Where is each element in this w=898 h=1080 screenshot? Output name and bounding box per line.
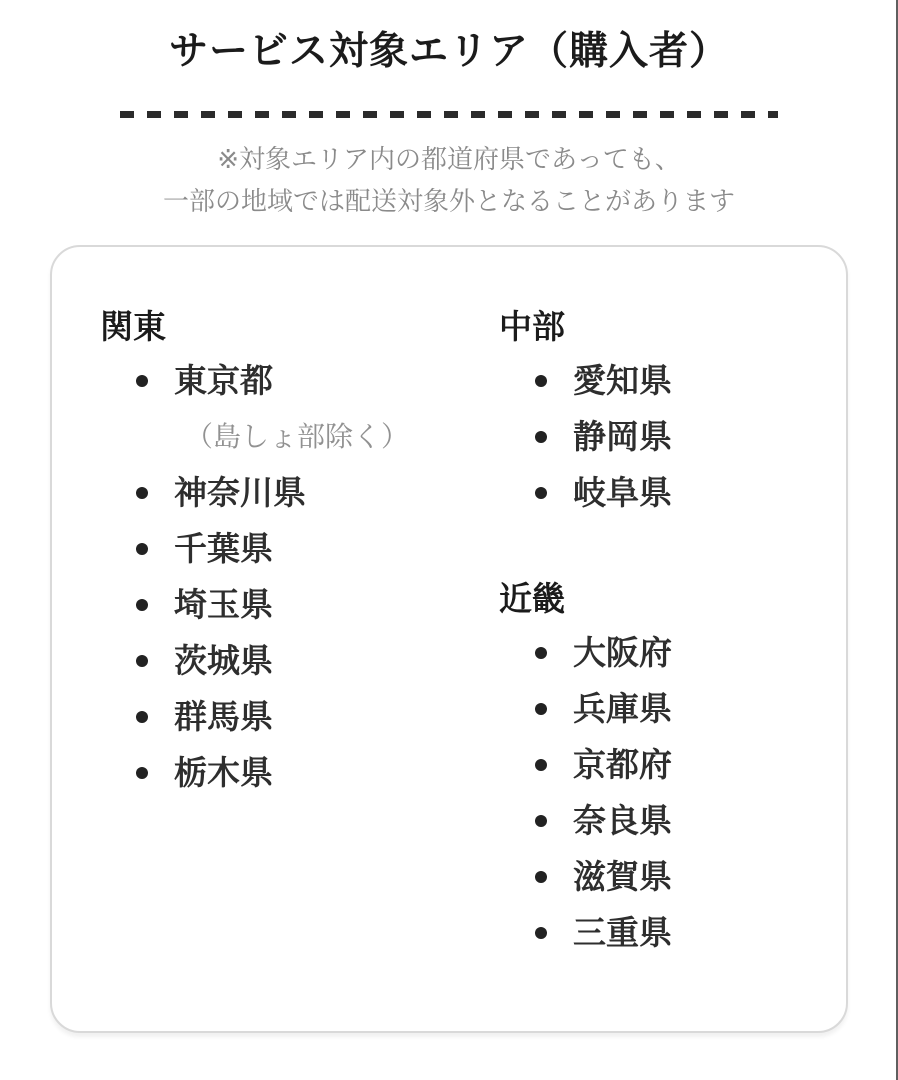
bullet-dot-icon [136,487,148,499]
disclaimer-line-1: ※対象エリア内の都道府県であっても、 [0,138,898,180]
area-column-right: 中部愛知県静岡県岐阜県近畿大阪府兵庫県京都府奈良県滋賀県三重県 [499,308,826,991]
prefecture-item: 千葉県 [100,532,499,566]
bullet-dot-icon [535,647,547,659]
prefecture-label: 群馬県 [174,698,273,735]
bullet-dot-icon [535,703,547,715]
area-column-left: 関東東京都（島しょ部除く）神奈川県千葉県埼玉県茨城県群馬県栃木県 [100,308,499,991]
prefecture-list: 東京都（島しょ部除く）神奈川県千葉県埼玉県茨城県群馬県栃木県 [100,364,499,790]
prefecture-item: 兵庫県 [499,692,826,726]
prefecture-label: 岐阜県 [573,474,672,511]
bullet-dot-icon [535,871,547,883]
page-title: サービス対象エリア（購入者） [0,0,898,78]
prefecture-item: 愛知県 [499,364,826,398]
prefecture-item: 三重県 [499,916,826,950]
prefecture-label: 滋賀県 [573,858,672,895]
prefecture-item: 岐阜県 [499,476,826,510]
prefecture-subnote: （島しょ部除く） [174,420,499,454]
prefecture-label: 千葉県 [174,530,273,567]
prefecture-item: 群馬県 [100,700,499,734]
bullet-dot-icon [535,927,547,939]
prefecture-label: 静岡県 [573,418,672,455]
prefecture-item: 埼玉県 [100,588,499,622]
prefecture-label: 東京都 [174,362,273,399]
bullet-dot-icon [535,431,547,443]
service-area-card: 関東東京都（島しょ部除く）神奈川県千葉県埼玉県茨城県群馬県栃木県 中部愛知県静岡… [50,245,848,1033]
prefecture-item: 茨城県 [100,644,499,678]
prefecture-item: 奈良県 [499,804,826,838]
prefecture-label: 茨城県 [174,642,273,679]
prefecture-list: 大阪府兵庫県京都府奈良県滋賀県三重県 [499,636,826,950]
prefecture-label: 愛知県 [573,362,672,399]
prefecture-item: 東京都（島しょ部除く） [100,364,499,454]
bullet-dot-icon [136,599,148,611]
prefecture-item: 栃木県 [100,756,499,790]
bullet-dot-icon [535,815,547,827]
disclaimer-note: ※対象エリア内の都道府県であっても、 一部の地域では配送対象外となることがありま… [0,138,898,222]
prefecture-list: 愛知県静岡県岐阜県 [499,364,826,510]
prefecture-label: 埼玉県 [174,586,273,623]
prefecture-item: 滋賀県 [499,860,826,894]
dashed-divider [120,111,778,118]
bullet-dot-icon [535,487,547,499]
prefecture-label: 兵庫県 [573,690,672,727]
bullet-dot-icon [136,375,148,387]
region-heading: 中部 [499,308,826,346]
region-heading: 近畿 [499,580,826,618]
prefecture-label: 神奈川県 [174,474,306,511]
prefecture-item: 大阪府 [499,636,826,670]
disclaimer-line-2: 一部の地域では配送対象外となることがあります [0,180,898,222]
region-heading: 関東 [100,308,499,346]
prefecture-item: 静岡県 [499,420,826,454]
region-section: 中部愛知県静岡県岐阜県 [499,308,826,510]
prefecture-label: 三重県 [573,914,672,951]
bullet-dot-icon [535,759,547,771]
bullet-dot-icon [136,655,148,667]
bullet-dot-icon [535,375,547,387]
prefecture-label: 栃木県 [174,754,273,791]
prefecture-item: 神奈川県 [100,476,499,510]
bullet-dot-icon [136,767,148,779]
bullet-dot-icon [136,543,148,555]
prefecture-item: 京都府 [499,748,826,782]
region-section: 関東東京都（島しょ部除く）神奈川県千葉県埼玉県茨城県群馬県栃木県 [100,308,499,790]
prefecture-label: 大阪府 [573,634,672,671]
prefecture-label: 奈良県 [573,802,672,839]
region-section: 近畿大阪府兵庫県京都府奈良県滋賀県三重県 [499,580,826,950]
bullet-dot-icon [136,711,148,723]
prefecture-label: 京都府 [573,746,672,783]
